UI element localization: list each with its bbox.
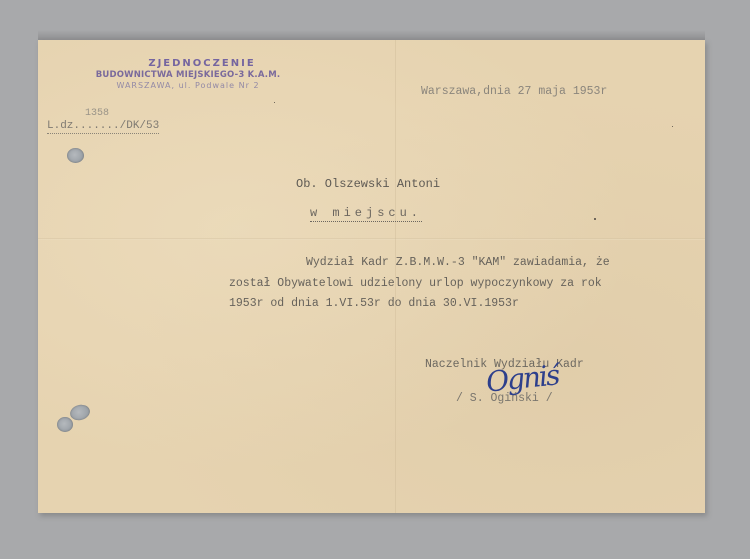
horizontal-fold — [38, 238, 705, 240]
paper-speck — [672, 126, 673, 127]
paper-speck — [274, 102, 275, 103]
stamp-line-3: WARSZAWA, ul. Podwale Nr 2 — [58, 81, 318, 90]
punch-hole-top — [67, 148, 84, 163]
stamp-line-2: BUDOWNICTWA MIEJSKIEGO-3 K.A.M. — [58, 70, 318, 80]
body-line-2: został Obywatelowi udzielony urlop wypoc… — [229, 277, 602, 290]
punch-hole-bottom-upper — [68, 403, 91, 423]
date-line: Warszawa,dnia 27 maja 1953r — [421, 85, 607, 98]
paper-speck — [594, 218, 596, 220]
stamp-line-1: ZJEDNOCZENIE — [58, 58, 318, 69]
body-line-1: Wydział Kadr Z.B.M.W.-3 "KAM" zawiadamia… — [306, 256, 610, 269]
punch-hole-bottom-lower — [57, 417, 73, 432]
reference-number: 1358 — [85, 108, 109, 119]
organization-stamp: ZJEDNOCZENIE BUDOWNICTWA MIEJSKIEGO-3 K.… — [58, 58, 318, 90]
body-line-3: 1953r od dnia 1.VI.53r do dnia 30.VI.195… — [229, 297, 519, 310]
recipient-name: Ob. Olszewski Antoni — [296, 177, 440, 191]
recipient-place: w miejscu. — [310, 206, 422, 222]
reference-line: L.dz......./DK/53 — [47, 120, 159, 134]
letter-paper: ZJEDNOCZENIE BUDOWNICTWA MIEJSKIEGO-3 K.… — [38, 40, 705, 513]
